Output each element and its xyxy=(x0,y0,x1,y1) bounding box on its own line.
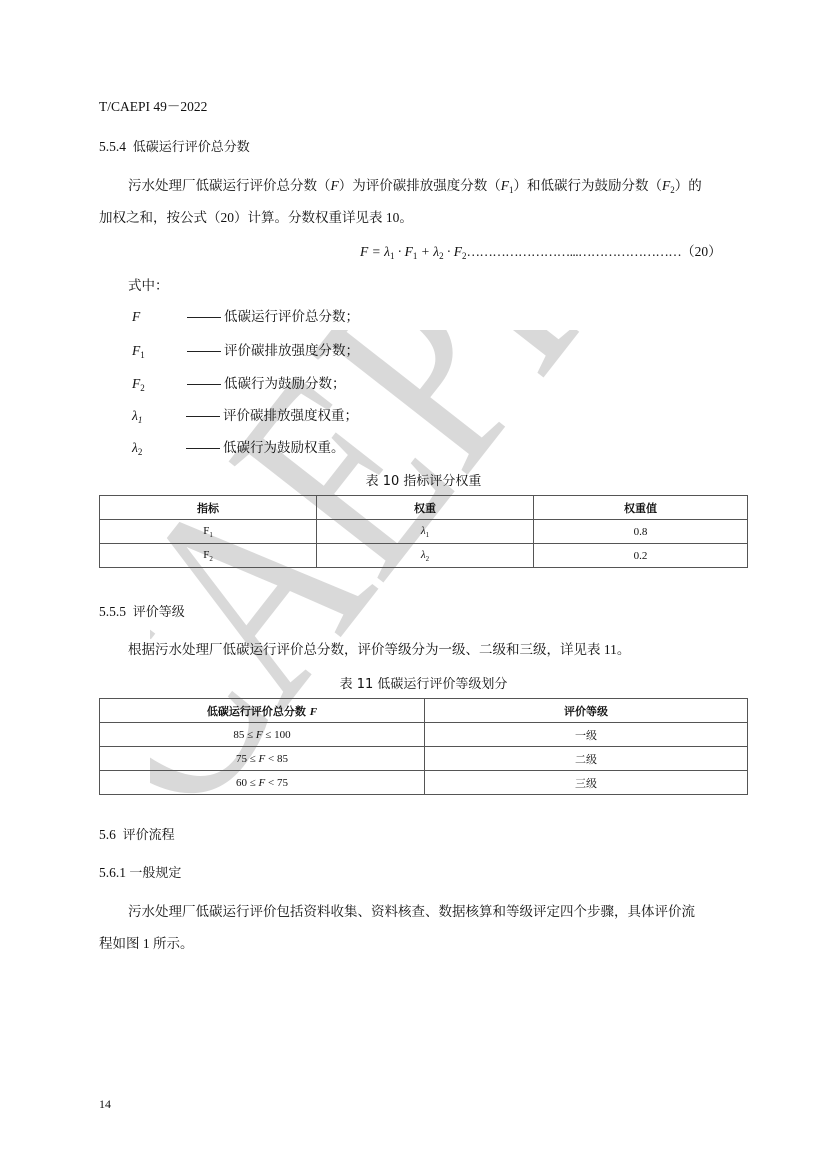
grade-cell: 一级 xyxy=(425,723,748,747)
column-header: 权重 xyxy=(317,496,534,520)
formula-20: F = λ1 · F1 + λ2 · F2……………………...……………………… xyxy=(360,243,722,265)
section-heading-5-5-4: 5.5.4 低碳运行评价总分数 xyxy=(99,138,250,157)
header-label: 低碳运行评价总分数 xyxy=(207,705,306,718)
table-11: 低碳运行评价总分数 F 评价等级 85 ≤ F ≤ 100 一级 75 ≤ F … xyxy=(99,698,748,795)
variable-description: 低碳行为鼓励权重。 xyxy=(223,440,345,455)
section-title: 评价等级 xyxy=(133,605,185,620)
section-number: 5.5.5 xyxy=(99,604,126,619)
text-run: ）和低碳行为鼓励分数（ xyxy=(514,178,663,193)
variable-def-F2: F2低碳行为鼓励分数； xyxy=(132,375,346,397)
subscript: 1 xyxy=(140,350,145,360)
table-row: 85 ≤ F ≤ 100 一级 xyxy=(100,723,748,747)
table-header-row: 低碳运行评价总分数 F 评价等级 xyxy=(100,699,748,723)
subscript: 2 xyxy=(209,555,213,563)
section-number: 5.6 xyxy=(99,827,116,842)
range-lower: 60 ≤ xyxy=(236,777,259,789)
table-row: 75 ≤ F < 85 二级 xyxy=(100,747,748,771)
text-run: ）为评价碳排放强度分数（ xyxy=(339,178,501,193)
paragraph-5-6-1-line1: 污水处理厂低碳运行评价包括资料收集、资料核查、数据核算和等级评定四个步骤，具体评… xyxy=(128,903,695,921)
column-header: 低碳运行评价总分数 F xyxy=(100,699,425,723)
variable-description: 评价碳排放强度权重； xyxy=(223,408,358,423)
table-header-row: 指标 权重 权重值 xyxy=(100,496,748,520)
table-cell: F2 xyxy=(100,544,317,568)
range-upper: < 85 xyxy=(265,753,288,765)
paragraph-5-5-4-line2: 加权之和，按公式（20）计算。分数权重详见表 10。 xyxy=(99,209,413,227)
range-upper: < 75 xyxy=(265,777,288,789)
variable-def-lambda1: λ1评价碳排放强度权重； xyxy=(132,407,358,429)
section-heading-5-5-5: 5.5.5 评价等级 xyxy=(99,603,185,622)
column-header: 评价等级 xyxy=(425,699,748,723)
table-cell: 0.8 xyxy=(534,520,748,544)
variable-description: 低碳行为鼓励分数； xyxy=(224,376,346,391)
subscript: 1 xyxy=(426,531,430,539)
subscript: 2 xyxy=(138,447,143,457)
variable-def-F1: F1评价碳排放强度分数； xyxy=(132,342,359,364)
variable-def-F: F低碳运行评价总分数； xyxy=(132,308,359,326)
text-run: 污水处理厂低碳运行评价总分数（ xyxy=(128,178,331,193)
column-header: 指标 xyxy=(100,496,317,520)
score-range-cell: 75 ≤ F < 85 xyxy=(100,747,425,771)
where-label: 式中： xyxy=(128,277,169,295)
section-title: 一般规定 xyxy=(129,866,181,881)
subscript: 1 xyxy=(209,531,213,539)
table-row: F1 λ1 0.8 xyxy=(100,520,748,544)
grade-cell: 二级 xyxy=(425,747,748,771)
variable-def-lambda2: λ2低碳行为鼓励权重。 xyxy=(132,439,345,461)
subscript: 1 xyxy=(138,415,143,425)
table-row: F2 λ2 0.2 xyxy=(100,544,748,568)
table-cell: F1 xyxy=(100,520,317,544)
em-dash xyxy=(187,317,221,318)
section-number: 5.5.4 xyxy=(99,139,126,154)
formula-term: + λ xyxy=(417,244,439,259)
range-lower: 75 ≤ xyxy=(236,753,259,765)
column-header: 权重值 xyxy=(534,496,748,520)
symbol-F: F xyxy=(310,706,317,718)
variable-symbol: λ1 xyxy=(132,407,186,429)
em-dash xyxy=(186,448,220,449)
symbol: F xyxy=(132,376,140,391)
table-cell: λ2 xyxy=(317,544,534,568)
section-heading-5-6-1: 5.6.1 一般规定 xyxy=(99,864,181,883)
em-dash xyxy=(186,416,220,417)
variable-symbol: F xyxy=(132,308,187,326)
section-number: 5.6.1 xyxy=(99,865,126,880)
formula-term: · F xyxy=(394,244,412,259)
em-dash xyxy=(187,351,221,352)
formula-number: （20） xyxy=(681,244,722,259)
subscript: 2 xyxy=(140,383,145,393)
formula-lhs: F xyxy=(360,244,368,259)
document-id: T/CAEPI 49－2022 xyxy=(99,98,207,116)
formula-term: = λ xyxy=(368,244,390,259)
page-number: 14 xyxy=(99,1095,111,1113)
symbol-F1: F xyxy=(501,178,509,193)
table-cell: λ1 xyxy=(317,520,534,544)
symbol-F: F xyxy=(331,178,339,193)
symbol: F xyxy=(132,343,140,358)
paragraph-5-5-4-line1: 污水处理厂低碳运行评价总分数（F）为评价碳排放强度分数（F1）和低碳行为鼓励分数… xyxy=(128,177,702,199)
section-title: 低碳运行评价总分数 xyxy=(133,140,250,155)
variable-symbol: F2 xyxy=(132,375,187,397)
table-10-caption: 表 10 指标评分权重 xyxy=(99,470,748,489)
variable-description: 评价碳排放强度分数； xyxy=(224,343,359,358)
dot-leader: ……………………...…………………… xyxy=(466,244,681,259)
variable-symbol: F1 xyxy=(132,342,187,364)
variable-description: 低碳运行评价总分数； xyxy=(224,309,359,324)
range-lower: 85 ≤ xyxy=(233,729,256,741)
score-range-cell: 60 ≤ F < 75 xyxy=(100,771,425,795)
formula-term: · F xyxy=(444,244,462,259)
table-row: 60 ≤ F < 75 三级 xyxy=(100,771,748,795)
table-11-caption: 表 11 低碳运行评价等级划分 xyxy=(99,673,748,692)
symbol-F: F xyxy=(256,729,263,741)
section-title: 评价流程 xyxy=(123,828,175,843)
paragraph-5-5-5: 根据污水处理厂低碳运行评价总分数，评价等级分为一级、二级和三级，详见表 11。 xyxy=(128,641,630,659)
table-cell: 0.2 xyxy=(534,544,748,568)
text-run: ）的 xyxy=(675,178,702,193)
subscript: 2 xyxy=(426,555,430,563)
symbol-F2: F xyxy=(662,178,670,193)
paragraph-5-6-1-line2: 程如图 1 所示。 xyxy=(99,935,194,953)
grade-cell: 三级 xyxy=(425,771,748,795)
variable-symbol: λ2 xyxy=(132,439,186,461)
section-heading-5-6: 5.6 评价流程 xyxy=(99,826,175,845)
score-range-cell: 85 ≤ F ≤ 100 xyxy=(100,723,425,747)
table-10: 指标 权重 权重值 F1 λ1 0.8 F2 λ2 0.2 xyxy=(99,495,748,568)
em-dash xyxy=(187,384,221,385)
range-upper: ≤ 100 xyxy=(263,729,291,741)
